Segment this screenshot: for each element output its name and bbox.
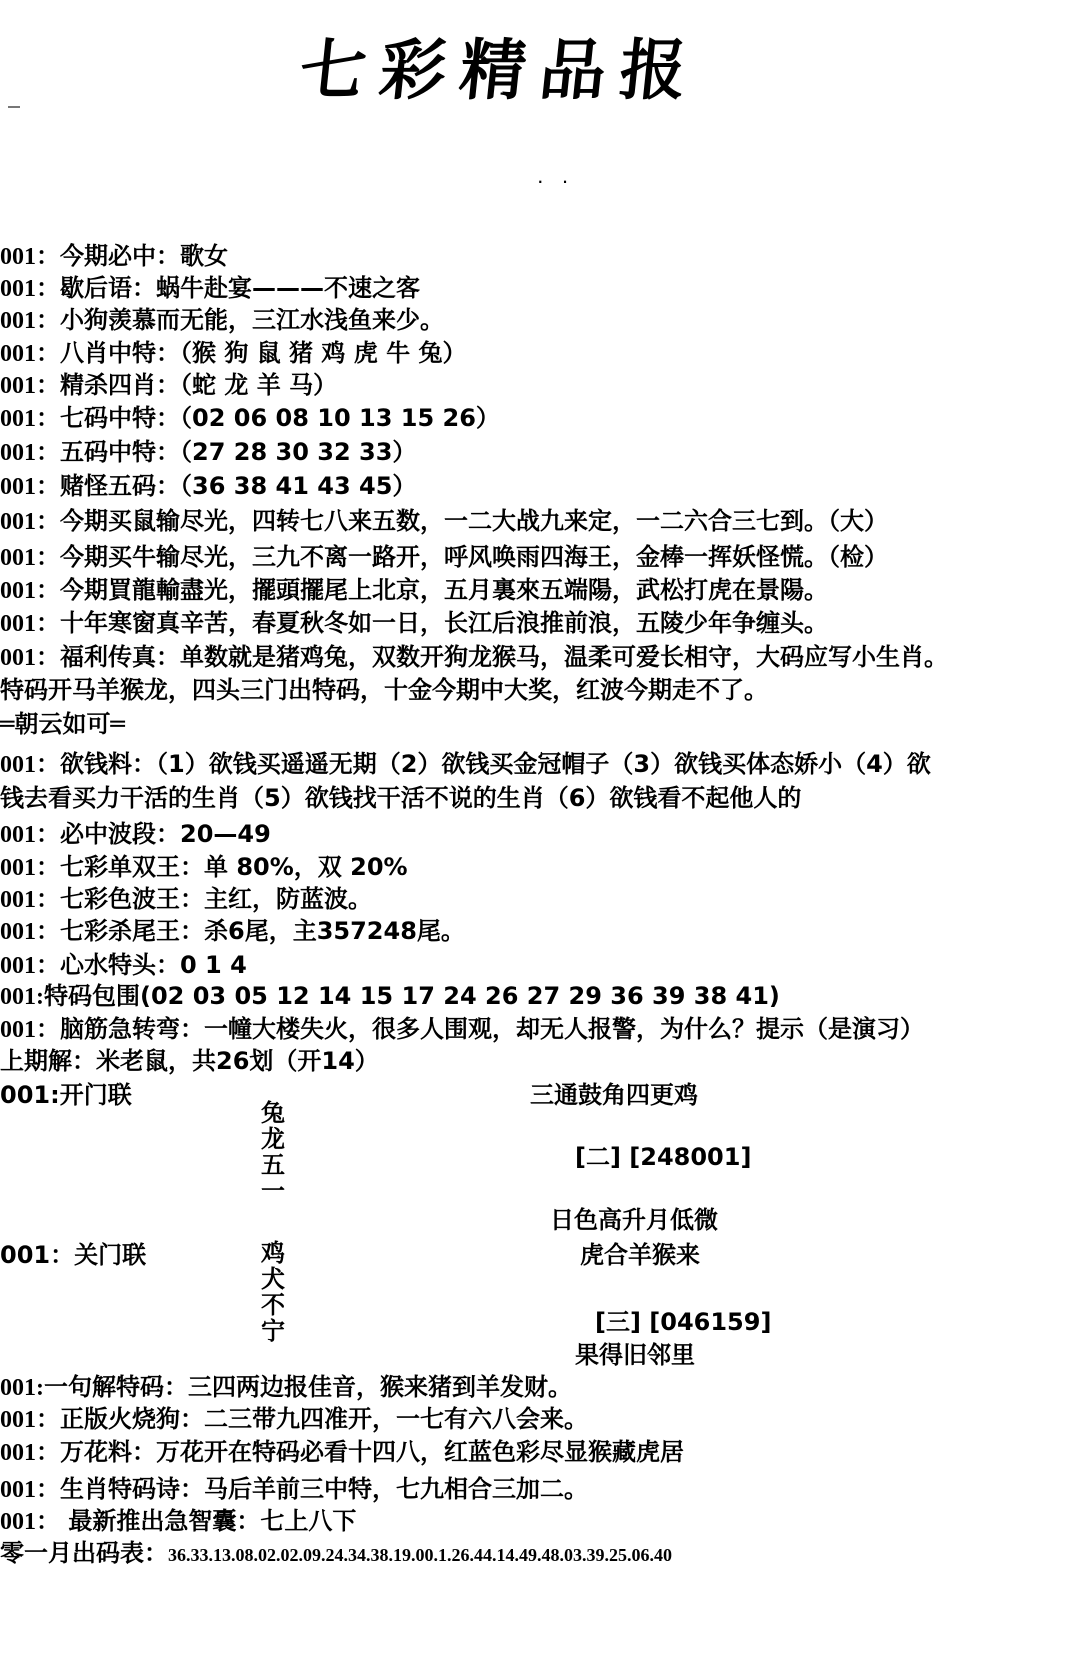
- content-line: 001：小狗羡慕而无能，三江水浅鱼来少。: [0, 305, 444, 336]
- close-couplet-line1: 日色高升月低微: [550, 1205, 718, 1235]
- content-line: 001：正版火烧狗：二三带九四准开，一七有六八会来。: [0, 1404, 588, 1435]
- decorative-dash: [8, 106, 20, 108]
- section-heading: ═朝云如可═: [0, 709, 125, 740]
- footer-line: 零一月出码表：36.33.13.08.02.02.09.24.34.38.19.…: [0, 1538, 672, 1570]
- content-line: 001：五码中特：（27 28 30 32 33）: [0, 437, 416, 468]
- content-line: 001：七彩单双王：单 80%，双 20%: [0, 852, 408, 883]
- content-line: 001：脑筋急转弯：一幢大楼失火，很多人围观，却无人报警，为什么？提示（是演习）: [0, 1014, 924, 1045]
- content-line: 001：今期买鼠输尽光，四转七八来五数，一二大战九来定，一二六合三七到。（大）: [0, 506, 888, 537]
- content-line: 001：心水特头：0 1 4: [0, 950, 247, 981]
- page-title: 七彩精品报: [296, 30, 724, 110]
- content-line: 001： 最新推出急智囊：七上八下: [0, 1506, 356, 1537]
- content-line: 001：今期買龍輸盡光，擺頭擺尾上北京，五月裏來五端陽，武松打虎在景陽。: [0, 575, 828, 606]
- content-line: 001：福利传真：单数就是猪鸡兔，双数开狗龙猴马，温柔可爱长相守，大码应写小生肖…: [0, 642, 948, 673]
- close-couplet-line3: 果得旧邻里: [575, 1340, 695, 1370]
- open-couplet-line: 三通鼓角四更鸡: [530, 1080, 698, 1110]
- decorative-dots: . .: [538, 172, 575, 186]
- footer-label: 零一月出码表：: [0, 1539, 168, 1567]
- content-line: 001：生肖特码诗：马后羊前三中特，七九相合三加二。: [0, 1474, 588, 1505]
- content-line: 001：七彩杀尾王：杀6尾，主357248尾。: [0, 916, 465, 947]
- close-couplet-line2: 虎合羊猴来: [580, 1240, 700, 1270]
- close-couplet-code: [三] [046159]: [595, 1307, 771, 1337]
- content-line: 001：七码中特：（02 06 08 10 13 15 26）: [0, 403, 500, 434]
- close-couplet-vertical: 鸡犬不宁: [258, 1240, 288, 1344]
- open-couplet-vertical: 兔龙五一: [258, 1100, 288, 1204]
- close-couplet-label: 001：关门联: [0, 1240, 146, 1270]
- content-line: 001：歇后语：蜗牛赴宴———不速之客: [0, 273, 420, 304]
- content-line: 钱去看买力干活的生肖（5）欲钱找干活不说的生肖（6）欲钱看不起他人的: [0, 783, 801, 814]
- open-couplet-code: [二] [248001]: [575, 1142, 751, 1172]
- content-line: 001：万花料：万花开在特码必看十四八，红蓝色彩尽显猴藏虎居: [0, 1437, 684, 1468]
- content-line: 001：必中波段：20—49: [0, 819, 271, 850]
- content-line: 001:特码包围(02 03 05 12 14 15 17 24 26 27 2…: [0, 981, 780, 1012]
- content-line: 001：十年寒窗真辛苦，春夏秋冬如一日，长江后浪推前浪，五陵少年争缠头。: [0, 608, 828, 639]
- content-line: 001：七彩色波王：主红，防蓝波。: [0, 884, 372, 915]
- content-line: 001：今期买牛输尽光，三九不离一路开，呼风唤雨四海王，金棒一挥妖怪慌。（检）: [0, 542, 888, 573]
- content-line: 001：赌怪五码：（36 38 41 43 45）: [0, 471, 416, 502]
- content-line: 001:一句解特码：三四两边报佳音，猴来猪到羊发财。: [0, 1372, 572, 1403]
- content-line: 上期解：米老鼠，共26划（开14）: [0, 1046, 379, 1077]
- open-couplet-label: 001:开门联: [0, 1080, 132, 1110]
- content-line: 001：精杀四肖：（蛇 龙 羊 马）: [0, 370, 337, 401]
- content-line: 001：八肖中特：（猴 狗 鼠 猪 鸡 虎 牛 兔）: [0, 338, 467, 369]
- footer-numbers: 36.33.13.08.02.02.09.24.34.38.19.00.1.26…: [168, 1545, 672, 1565]
- content-line: 001：今期必中：歌女: [0, 241, 228, 272]
- content-line: 001：欲钱料：（1）欲钱买遥遥无期（2）欲钱买金冠帽子（3）欲钱买体态娇小（4…: [0, 749, 931, 780]
- content-line: 特码开马羊猴龙，四头三门出特码，十金今期中大奖，红波今期走不了。: [0, 675, 768, 706]
